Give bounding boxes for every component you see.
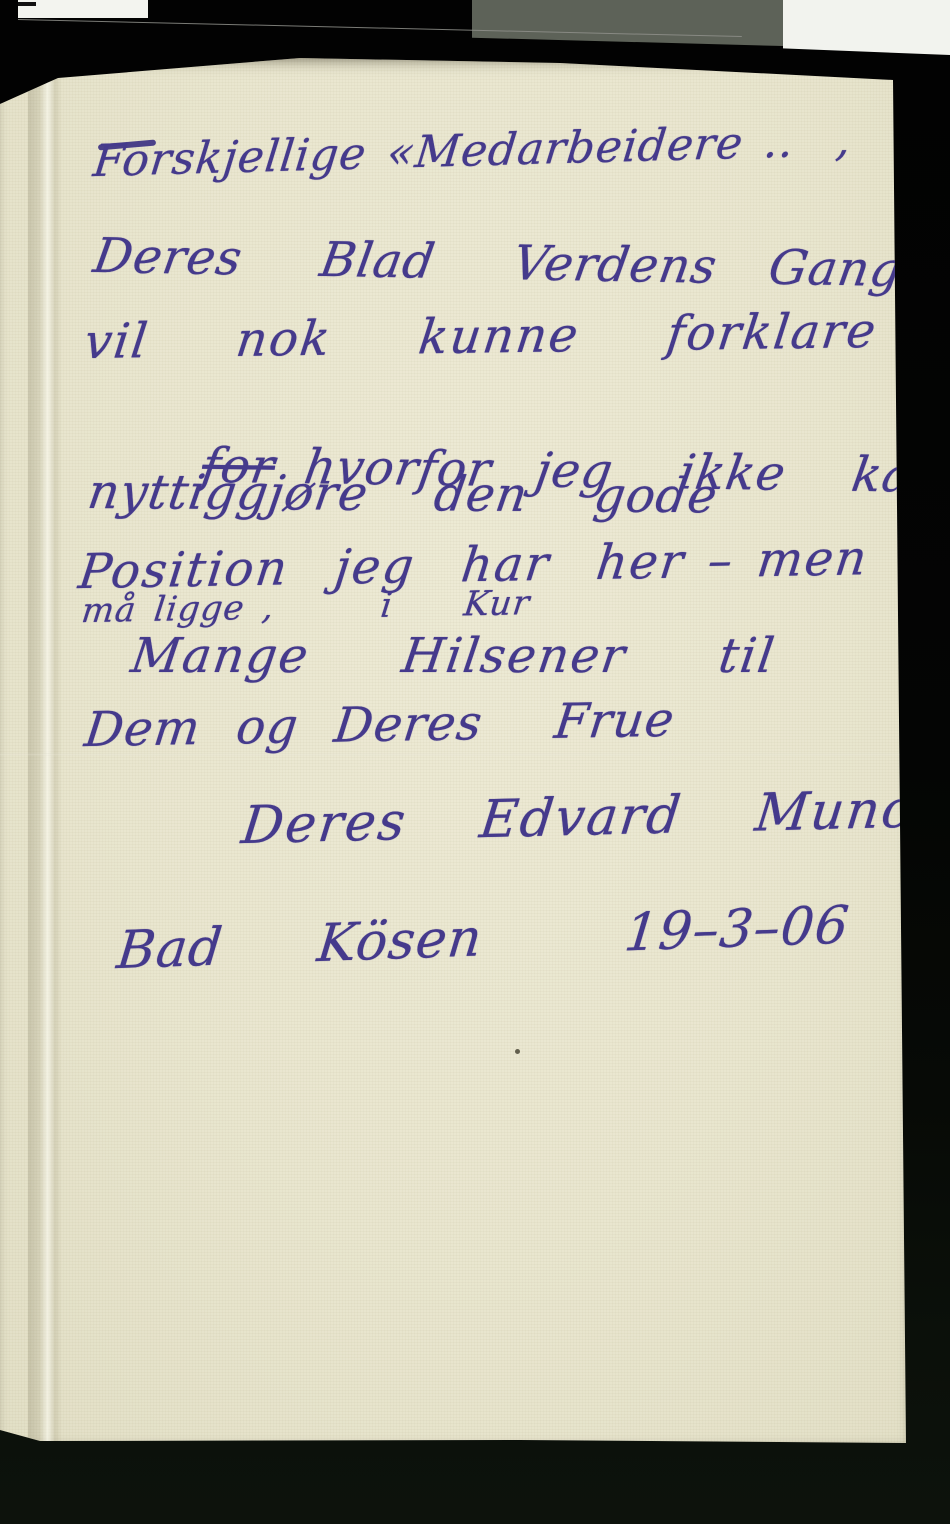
- letter-signature-line: Deres Edvard Munch: [239, 783, 950, 852]
- calibration-white-patch-left: [18, 0, 148, 18]
- paper-speck: [515, 1049, 520, 1054]
- scanned-letter-page: Forskjellige «Medarbeidere .. ‚ Deres Bl…: [0, 0, 950, 1524]
- letter-place-date-line: Bad Kösen 19–3–06: [115, 899, 852, 977]
- calibration-gray-patch: [472, 0, 783, 46]
- letter-page: Forskjellige «Medarbeidere .. ‚ Deres Bl…: [0, 56, 910, 1448]
- letter-line-8: Mange Hilsener til: [128, 632, 778, 680]
- letter-line-2: Deres Blad Verdens Gang: [90, 232, 905, 294]
- letter-line-7-inserted: må ligge ‚ i Kur: [80, 586, 532, 628]
- calibration-white-patch-right: [783, 0, 950, 55]
- letter-line-5: nyttiggjøre den gode: [85, 468, 721, 520]
- page-fold-crease-vertical: [28, 56, 62, 1448]
- letter-line-1: Forskjellige «Medarbeidere .. ‚: [91, 119, 854, 184]
- calibration-black-tick: [18, 2, 36, 6]
- letter-line-3: vil nok kunne forklare: [82, 307, 880, 366]
- letter-line-9: Dem og Deres Frue: [82, 696, 677, 754]
